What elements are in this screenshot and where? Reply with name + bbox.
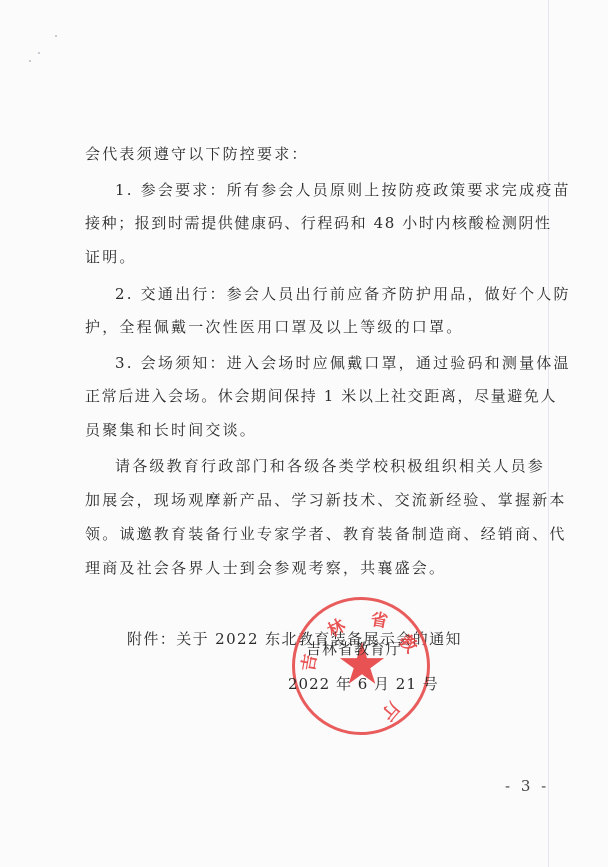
seal-char: 省 xyxy=(369,605,390,633)
issue-date: 2022 年 6 月 21 号 xyxy=(288,675,439,693)
body-line: 3. 会场须知：进入会场时应佩戴口罩，通过验码和测量体温 xyxy=(115,354,571,372)
body-line: 接种；报到时需提供健康码、行程码和 48 小时内核酸检测阴性 xyxy=(85,214,552,232)
body-line: 会代表须遵守以下防控要求： xyxy=(85,145,309,163)
seal-char: 林 xyxy=(322,611,349,641)
scan-speck xyxy=(38,52,40,54)
official-seal: 林 省 教 吉 厅 xyxy=(292,597,430,735)
body-line: 护，全程佩戴一次性医用口罩及以上等级的口罩。 xyxy=(85,318,463,336)
body-line: 理商及社会各界人士到会参观考察，共襄盛会。 xyxy=(85,559,446,577)
document-page: 会代表须遵守以下防控要求： 1. 参会要求：所有参会人员原则上按防疫政策要求完成… xyxy=(0,0,608,867)
scan-fold-line xyxy=(548,0,549,867)
body-line: 2. 交通出行：参会人员出行前应备齐防护用品，做好个人防 xyxy=(115,285,571,303)
scan-speck xyxy=(29,60,31,62)
scan-speck xyxy=(55,35,57,37)
body-line: 正常后进入会场。休会期间保持 1 米以上社交距离，尽量避免人 xyxy=(85,387,557,405)
seal-char: 厅 xyxy=(376,698,406,727)
body-line: 证明。 xyxy=(85,248,137,266)
body-line: 领。诚邀教育装备行业专家学者、教育装备制造商、经销商、代 xyxy=(85,525,567,543)
body-line: 请各级教育行政部门和各级各类学校积极组织相关人员参 xyxy=(115,457,545,475)
body-line: 加展会，现场观摩新产品、学习新技术、交流新经验、掌握新本 xyxy=(85,491,567,509)
body-line: 员聚集和长时间交谈。 xyxy=(85,421,257,439)
body-line: 1. 参会要求：所有参会人员原则上按防疫政策要求完成疫苗 xyxy=(115,181,571,199)
issuer-name: 吉林省教育厅 xyxy=(306,640,402,658)
page-number: - 3 - xyxy=(505,777,549,795)
